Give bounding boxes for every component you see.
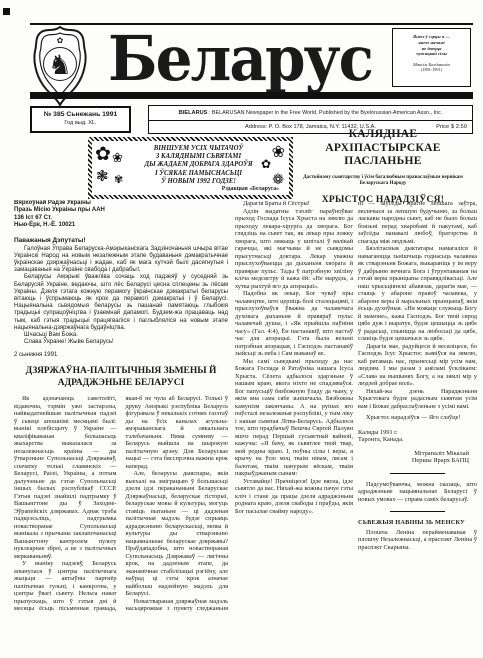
ukraine-letter: Вярхоўнай Радзе УкраіныПразь Місію Украі… xyxy=(14,200,228,362)
pastoral-paragraph: Адзін выдатны тэолёг параўноўвае прыход … xyxy=(235,208,353,291)
pastoral-paragraph: Дарагія мае, радуйцеся й весяліцеся, бо … xyxy=(358,343,477,388)
letter-date: 2 сьнежня 1991 xyxy=(14,352,228,358)
issue-box: № 385 Сьнежань 1991 Год выд. XL. xyxy=(30,106,131,133)
greeting-box: ✿ ❀ ❃ ✾ ❀ ✿ ❁ ВІНШУЕМ УСІХ ЧЫТАЧОЎЗ КАЛЯ… xyxy=(88,137,293,199)
publisher-line-rest: : BELARUSAN Newspaper in the Free World.… xyxy=(207,110,442,116)
letter-closing: Шчасьці Вам Божа.Слава Ўкраіне! Жыве Бел… xyxy=(14,332,228,346)
flower-icon: ❀ xyxy=(112,151,123,166)
letter-paragraph: Беларусы Амэрыкі ўважліва сочаць ход пад… xyxy=(14,274,228,332)
masthead-bottom-bar xyxy=(30,92,473,99)
pastoral-col1-body: Адзін выдатны тэолёг параўноўвае прыход … xyxy=(235,208,353,516)
issue-number: № 385 Сьнежань 1991 xyxy=(32,111,129,118)
pastoral-paragraph: Падобна як лекар, Бог чуваў пры чалавецт… xyxy=(235,290,353,358)
pastoral-paragraph: Бязлітасныя дыктатары намагаліся й намаг… xyxy=(358,245,477,343)
article-title-line2: АДРАДЖЭНЬНЕ БЕЛАРУСІ xyxy=(14,378,228,390)
greeting-line: ДЫ ЖАДАЕМ ДОБРАГА ЗДАРОЎЯ xyxy=(142,161,255,169)
scan-corner-mark xyxy=(3,8,10,15)
pastoral-dateline: Каляды 1991 г. Таронта, Канада. xyxy=(358,429,477,444)
pastoral-col2-lead: ні — заўсёды прагне лепшага заўтра, моля… xyxy=(358,200,477,245)
pastoral-salutation: Дарагія Браты й Сёстры! xyxy=(235,200,353,208)
article-title-line1: ДЗЯРЖАЎНА-ПАЛІТЫЧНЫЯ ЗЬМЕНЫ Й xyxy=(14,366,228,378)
greeting-line: ВІНШУЕМ УСІХ ЧЫТАЧОЎ xyxy=(142,145,255,153)
pastoral-date: Каляды 1991 г. xyxy=(358,429,477,437)
greeting-box-inner: ✿ ❀ ❃ ✾ ❀ ✿ ❁ ВІНШУЕМ УСІХ ЧЫТАЧОЎЗ КАЛЯ… xyxy=(92,141,289,195)
svg-text:✿: ✿ xyxy=(57,36,64,45)
letter-paragraph: Галоўная Ўправа Беларуска-Амэрыканскага … xyxy=(14,246,228,275)
motto-line: чужацкай сілы xyxy=(393,51,470,57)
flower-icon: ❀ xyxy=(272,142,285,161)
pastoral-paragraph: Уставайце! Прачніцеся! Ідзе вясна, ідзе … xyxy=(235,478,353,516)
pastoral-signer-name: Мітрапаліт Мікалай xyxy=(358,450,469,458)
flower-icon: ✿ xyxy=(261,157,271,171)
closing-line: Слава Ўкраіне! Жыве Беларусь! xyxy=(14,339,228,346)
flower-icon: ✾ xyxy=(114,173,123,186)
pastoral-subtitle-line2: Беларускага Народу xyxy=(290,180,476,187)
section-divider xyxy=(390,473,445,474)
pastoral-subtitle-line1: Дастойнаму сьвятарству і ўсім багалюбным… xyxy=(290,174,476,181)
address-line: Вярхоўнай Радзе Украіны xyxy=(14,200,228,207)
article-paragraph: Як адзначаюць саветолёгі, відавочна, тэр… xyxy=(14,395,117,560)
pastoral-signature: Мітрапаліт Мікалай Першы Ярарх БАПЦ xyxy=(358,450,477,465)
greeting-line: Ў НОВЫМ 1992 ГОДЗЕ! xyxy=(142,178,255,186)
greeting-lines: ВІНШУЕМ УСІХ ЧЫТАЧОЎЗ КАЛЯДНЫМІ СЬВЯТАМІ… xyxy=(142,145,255,186)
letter-address: Вярхоўнай Радзе УкраіныПразь Місію Украі… xyxy=(14,200,228,230)
article-paragraph: Але, беларусы дыяспары, якія выехалі на … xyxy=(126,470,229,598)
pastoral-title-line1: КАЛЯДНАЕ АРХІПАСТЫРСКАЕ xyxy=(290,128,476,155)
news-text: Плошча Леніна перайменаваная ў плошчу Не… xyxy=(358,529,477,552)
flower-icon: ✿ xyxy=(95,143,111,165)
pastoral-column-2: ні — заўсёды прагне лепшага заўтра, моля… xyxy=(358,200,477,656)
issue-year: Год выд. XL. xyxy=(32,120,129,126)
conclusion-paragraph: Падсумоўваючы, можна сказаць, што адрадж… xyxy=(358,481,477,504)
svg-text:♞: ♞ xyxy=(48,50,72,81)
pastoral-signer-title: Першы Ярарх БАПЦ xyxy=(358,457,469,465)
pastoral-title-block: КАЛЯДНАЕ АРХІПАСТЫРСКАЕ ПАСЛАНЬНЕ Дастой… xyxy=(290,128,476,205)
motto-box: Яшчэ ў сэрцы я —яшчэ мячаміне даеццачужа… xyxy=(392,28,471,87)
pastoral-place: Таронта, Канада. xyxy=(358,436,477,444)
news-heading: СЬВЕЖЫЯ НАВІНЫ ЗЬ МЕНСКУ xyxy=(358,519,477,527)
pastoral-title-line2: ПАСЛАНЬНЕ xyxy=(290,155,476,169)
motto-lines: Яшчэ ў сэрцы я —яшчэ мячаміне даеццачужа… xyxy=(393,34,470,57)
pastoral-closing-line: Хрыстос нарадзіўся — Яго слаўце! xyxy=(358,414,477,422)
pastoral-column-1: Дарагія Браты й Сёстры! Адзін выдатны тэ… xyxy=(235,200,353,656)
publisher-name: BIELARUS xyxy=(179,110,208,116)
newspaper-title: Беларус xyxy=(96,24,384,96)
letter-body: Галоўная Ўправа Беларуска-Амэрыканскага … xyxy=(14,246,228,332)
pastoral-paragraph: Няхай-жа дзень Нараджэньня Хрыстовага бу… xyxy=(358,388,477,411)
greeting-signature: Рэдакцыя «Беларуса» xyxy=(222,186,279,192)
article-state-changes: ДЗЯРЖАЎНА-ПАЛІТЫЧНЫЯ ЗЬМЕНЫ Й АДРАДЖЭНЬН… xyxy=(14,366,228,617)
greeting-line: І ЎСЯКАЕ ПАМЫСНАСЬЦІ xyxy=(142,170,255,178)
address-line: Нью-Ёрк, Н.-Ё. 10021 xyxy=(14,222,228,229)
pastoral-col2-body: Бязлітасныя дыктатары намагаліся й намаг… xyxy=(358,245,477,410)
address-line: Празь Місію Украіны пры ААН xyxy=(14,207,228,214)
letter-salutation: Паважаныя Дэпутаты! xyxy=(14,237,228,244)
motto-years: (1891-1991) xyxy=(393,67,470,72)
publisher-line: BIELARUS : BELARUSAN Newspaper in the Fr… xyxy=(149,106,472,121)
article-columns: Як адзначаюць саветолёгі, відавочна, тэр… xyxy=(14,395,228,617)
newspaper-front-page: ♞ ✿ Беларус Яшчэ ў сэрцы я —яшчэ мячамін… xyxy=(0,0,483,658)
section-divider xyxy=(390,511,445,512)
pastoral-paragraph: Мы самі сьведкамі прыходу да нас Божага … xyxy=(235,358,353,478)
flower-icon: ❃ xyxy=(96,167,109,185)
